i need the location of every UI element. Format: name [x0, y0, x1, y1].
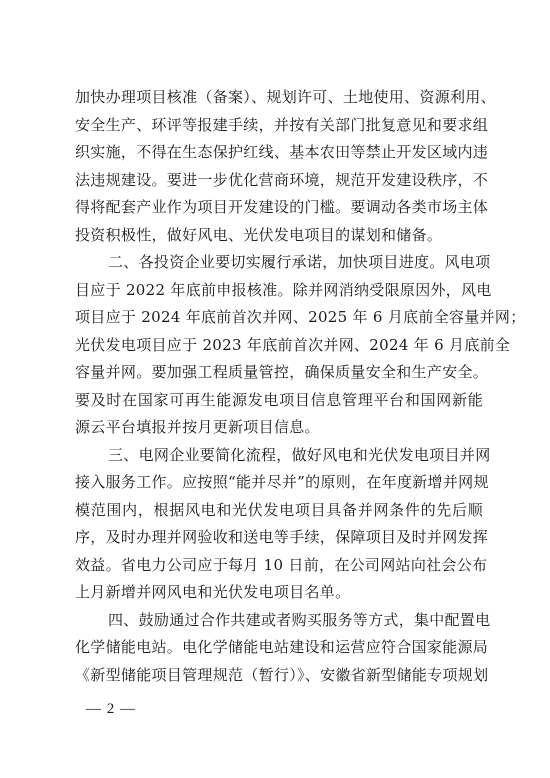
text-line: 项目应于 2024 年底前首次并网、2025 年 6 月底前全容量并网； [75, 304, 483, 332]
text-line: 化学储能电站。电化学储能电站建设和运营应符合国家能源局 [75, 634, 483, 662]
document-body: 加快办理项目核准（备案）、规划许可、土地使用、资源利用、安全生产、环评等报建手续… [75, 84, 483, 689]
text-line: 投资积极性，做好风电、光伏发电项目的谋划和储备。 [75, 222, 483, 250]
text-line: 得将配套产业作为项目开发建设的门槛。要调动各类市场主体 [75, 194, 483, 222]
text-line: 加快办理项目核准（备案）、规划许可、土地使用、资源利用、 [75, 84, 483, 112]
text-line: 容量并网。要加强工程质量管控，确保质量安全和生产安全。 [75, 359, 483, 387]
text-line: 源云平台填报并按月更新项目信息。 [75, 414, 483, 442]
text-line: 模范围内，根据风电和光伏发电项目具备并网条件的先后顺 [75, 497, 483, 525]
text-line: 效益。省电力公司应于每月 10 日前，在公司网站向社会公布 [75, 552, 483, 580]
text-line: 接入服务工作。应按照“能并尽并”的原则，在年度新增并网规 [75, 469, 483, 497]
text-line: 序，及时办理并网验收和送电等手续，保障项目及时并网发挥 [75, 524, 483, 552]
text-line: 《新型储能项目管理规范（暂行）》、安徽省新型储能专项规划 [75, 662, 483, 690]
text-line: 要及时在国家可再生能源发电项目信息管理平台和国网新能 [75, 387, 483, 415]
text-line: 法违规建设。要进一步优化营商环境，规范开发建设秩序，不 [75, 167, 483, 195]
text-line: 织实施，不得在生态保护红线、基本农田等禁止开发区域内违 [75, 139, 483, 167]
text-line: 安全生产、环评等报建手续，并按有关部门批复意见和要求组 [75, 112, 483, 140]
text-line: 四、鼓励通过合作共建或者购买服务等方式，集中配置电 [75, 607, 483, 635]
text-line: 光伏发电项目应于 2023 年底前首次并网、2024 年 6 月底前全 [75, 332, 483, 360]
page-number: — 2 — [86, 701, 136, 718]
text-line: 二、各投资企业要切实履行承诺，加快项目进度。风电项 [75, 249, 483, 277]
text-line: 三、电网企业要简化流程，做好风电和光伏发电项目并网 [75, 442, 483, 470]
document-page: 加快办理项目核准（备案）、规划许可、土地使用、资源利用、安全生产、环评等报建手续… [0, 0, 550, 778]
text-line: 上月新增并网风电和光伏发电项目名单。 [75, 579, 483, 607]
text-line: 目应于 2022 年底前申报核准。除并网消纳受限原因外，风电 [75, 277, 483, 305]
